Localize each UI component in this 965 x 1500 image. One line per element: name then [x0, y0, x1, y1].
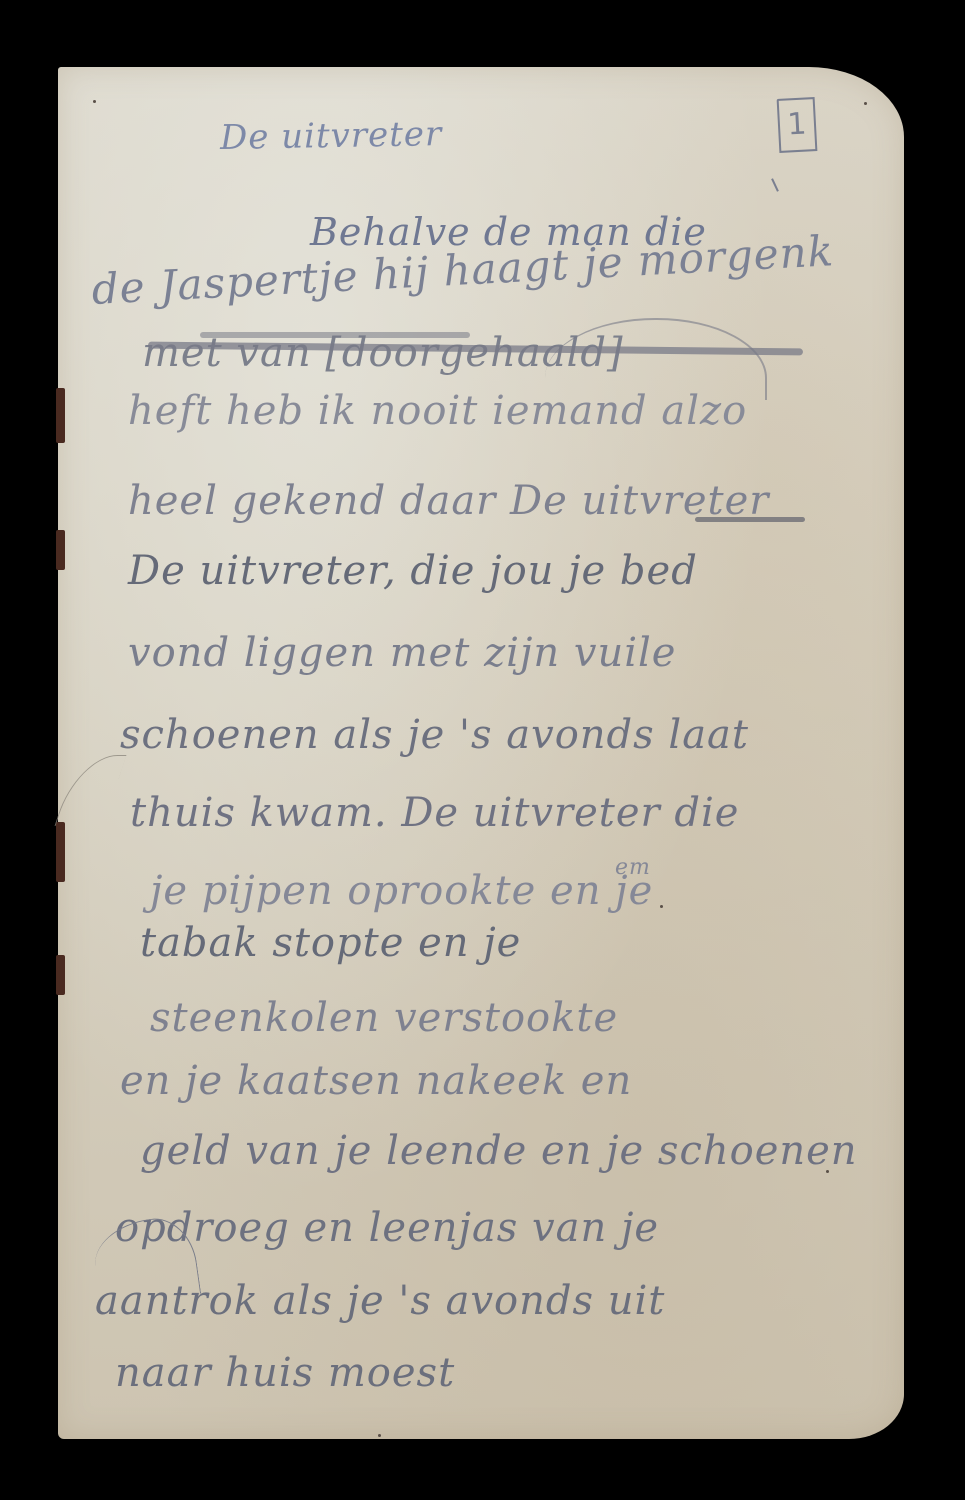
text-line-6: vond liggen met zijn vuile — [128, 630, 676, 690]
paper-speck — [660, 905, 663, 908]
manuscript-title: De uitvreter — [220, 114, 443, 158]
text-line-9: je pijpen oprookte en je — [150, 868, 653, 928]
text-line-14: opdroeg en leenjas van je — [115, 1205, 659, 1265]
strikethrough-mark — [200, 332, 470, 338]
paper-speck — [864, 102, 867, 105]
paper-speck — [93, 100, 96, 103]
text-line-8: thuis kwam. De uitvreter die — [130, 790, 739, 850]
text-line-5: De uitvreter, die jou je bed — [128, 548, 698, 608]
text-line-7: schoenen als je 's avonds laat — [120, 712, 749, 772]
text-line-10: tabak stopte en je — [140, 920, 521, 980]
strikethrough-mark — [695, 517, 805, 522]
text-line-11: steenkolen verstookte — [150, 995, 618, 1055]
paper-speck — [378, 1434, 381, 1437]
text-line-4: heel gekend daar De uitvreter — [128, 478, 769, 538]
superscript-note: em — [615, 855, 651, 880]
binding-thread — [56, 388, 65, 443]
binding-thread — [56, 822, 65, 882]
text-line-12: en je kaatsen nakeek en — [120, 1058, 632, 1118]
text-line-15: aantrok als je 's avonds uit — [95, 1278, 665, 1338]
page-number-box: 1 — [777, 97, 818, 153]
binding-thread — [56, 530, 65, 570]
text-line-3: heft heb ik nooit iemand alzo — [128, 388, 747, 448]
text-line-13: geld van je leende en je schoenen — [140, 1128, 858, 1188]
binding-thread — [56, 955, 65, 995]
text-line-16: naar huis moest — [115, 1350, 455, 1410]
